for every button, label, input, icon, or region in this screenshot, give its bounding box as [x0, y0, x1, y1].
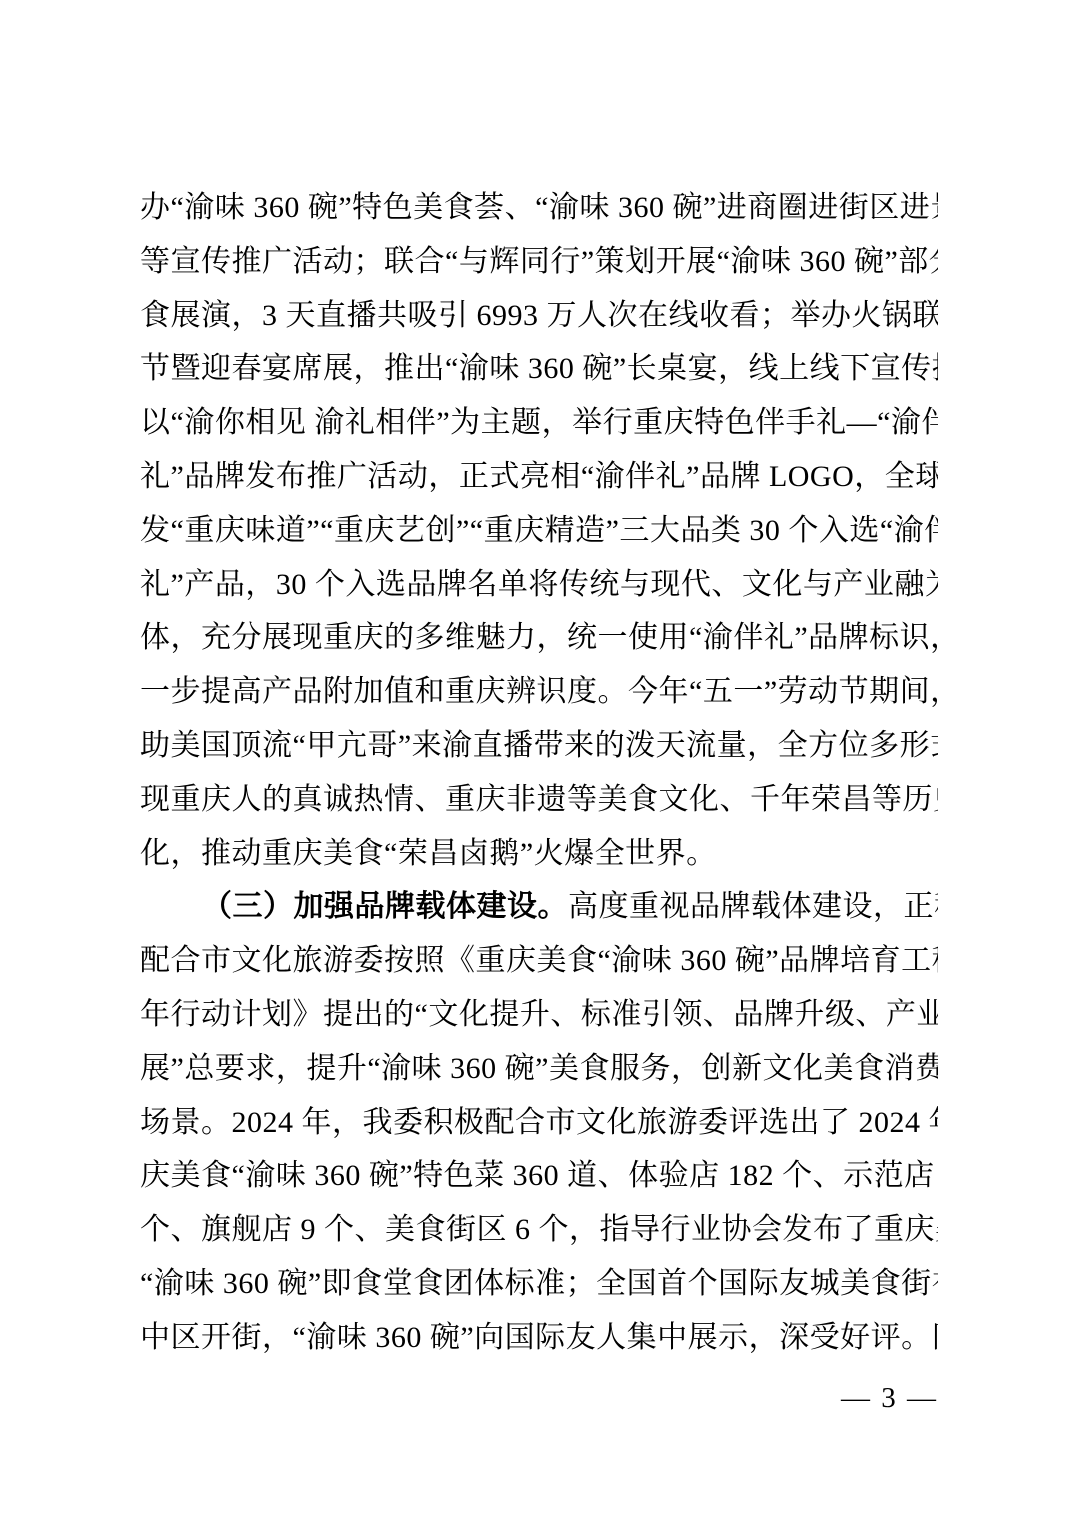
document-page: 办“渝味 360 碗”特色美食荟、“渝味 360 碗”进商圈进街区进景区 等宣传…: [0, 0, 1074, 1520]
body-line: 场景。2024 年，我委积极配合市文化旅游委评选出了 2024 年重: [140, 1096, 938, 1150]
section-heading: （三）加强品牌载体建设。: [202, 890, 568, 923]
page-number: — 3 —: [841, 1382, 938, 1414]
page-footer: — 3 —: [140, 1381, 938, 1415]
body-line: 一步提高产品附加值和重庆辨识度。今年“五一”劳动节期间，借: [140, 665, 938, 719]
body-line: 发“重庆味道”“重庆艺创”“重庆精造”三大品类 30 个入选“渝伴: [140, 504, 938, 558]
body-line: 现重庆人的真诚热情、重庆非遗等美食文化、千年荣昌等历史文: [140, 773, 938, 827]
body-line: 中区开街，“渝味 360 碗”向国际友人集中展示，深受好评。同时，: [140, 1311, 938, 1365]
body-line: 礼”产品，30 个入选品牌名单将传统与现代、文化与产业融为一: [140, 558, 938, 612]
body-line: “渝味 360 碗”即食堂食团体标准；全国首个国际友城美食街在渝: [140, 1257, 938, 1311]
body-line: 体，充分展现重庆的多维魅力，统一使用“渝伴礼”品牌标识，进: [140, 611, 938, 665]
body-line: 个、旗舰店 9 个、美食街区 6 个，指导行业协会发布了重庆美食: [140, 1203, 938, 1257]
body-line: 展”总要求，提升“渝味 360 碗”美食服务，创新文化美食消费新: [140, 1042, 938, 1096]
body-text: 高度重视品牌载体建设，正积极: [568, 890, 938, 923]
body-line: 办“渝味 360 碗”特色美食荟、“渝味 360 碗”进商圈进街区进景区: [140, 181, 938, 235]
document-body: 办“渝味 360 碗”特色美食荟、“渝味 360 碗”进商圈进街区进景区 等宣传…: [140, 181, 938, 1365]
body-line: 庆美食“渝味 360 碗”特色菜 360 道、体验店 182 个、示范店 38: [140, 1149, 938, 1203]
body-line: 食展演，3 天直播共吸引 6993 万人次在线收看；举办火锅联欢: [140, 289, 938, 343]
body-line: 配合市文化旅游委按照《重庆美食“渝味 360 碗”品牌培育工程三: [140, 934, 938, 988]
body-line: 礼”品牌发布推广活动，正式亮相“渝伴礼”品牌 LOGO，全球首: [140, 450, 938, 504]
body-line: 助美国顶流“甲亢哥”来渝直播带来的泼天流量，全方位多形式展: [140, 719, 938, 773]
body-line-section-start: （三）加强品牌载体建设。高度重视品牌载体建设，正积极: [140, 880, 938, 934]
body-line: 节暨迎春宴席展，推出“渝味 360 碗”长桌宴，线上线下宣传推广；: [140, 342, 938, 396]
body-line: 等宣传推广活动；联合“与辉同行”策划开展“渝味 360 碗”部分美: [140, 235, 938, 289]
body-line: 化，推动重庆美食“荣昌卤鹅”火爆全世界。: [140, 827, 938, 881]
body-line: 以“渝你相见 渝礼相伴”为主题，举行重庆特色伴手礼—“渝伴: [140, 396, 938, 450]
body-line: 年行动计划》提出的“文化提升、标准引领、品牌升级、产业发: [140, 988, 938, 1042]
